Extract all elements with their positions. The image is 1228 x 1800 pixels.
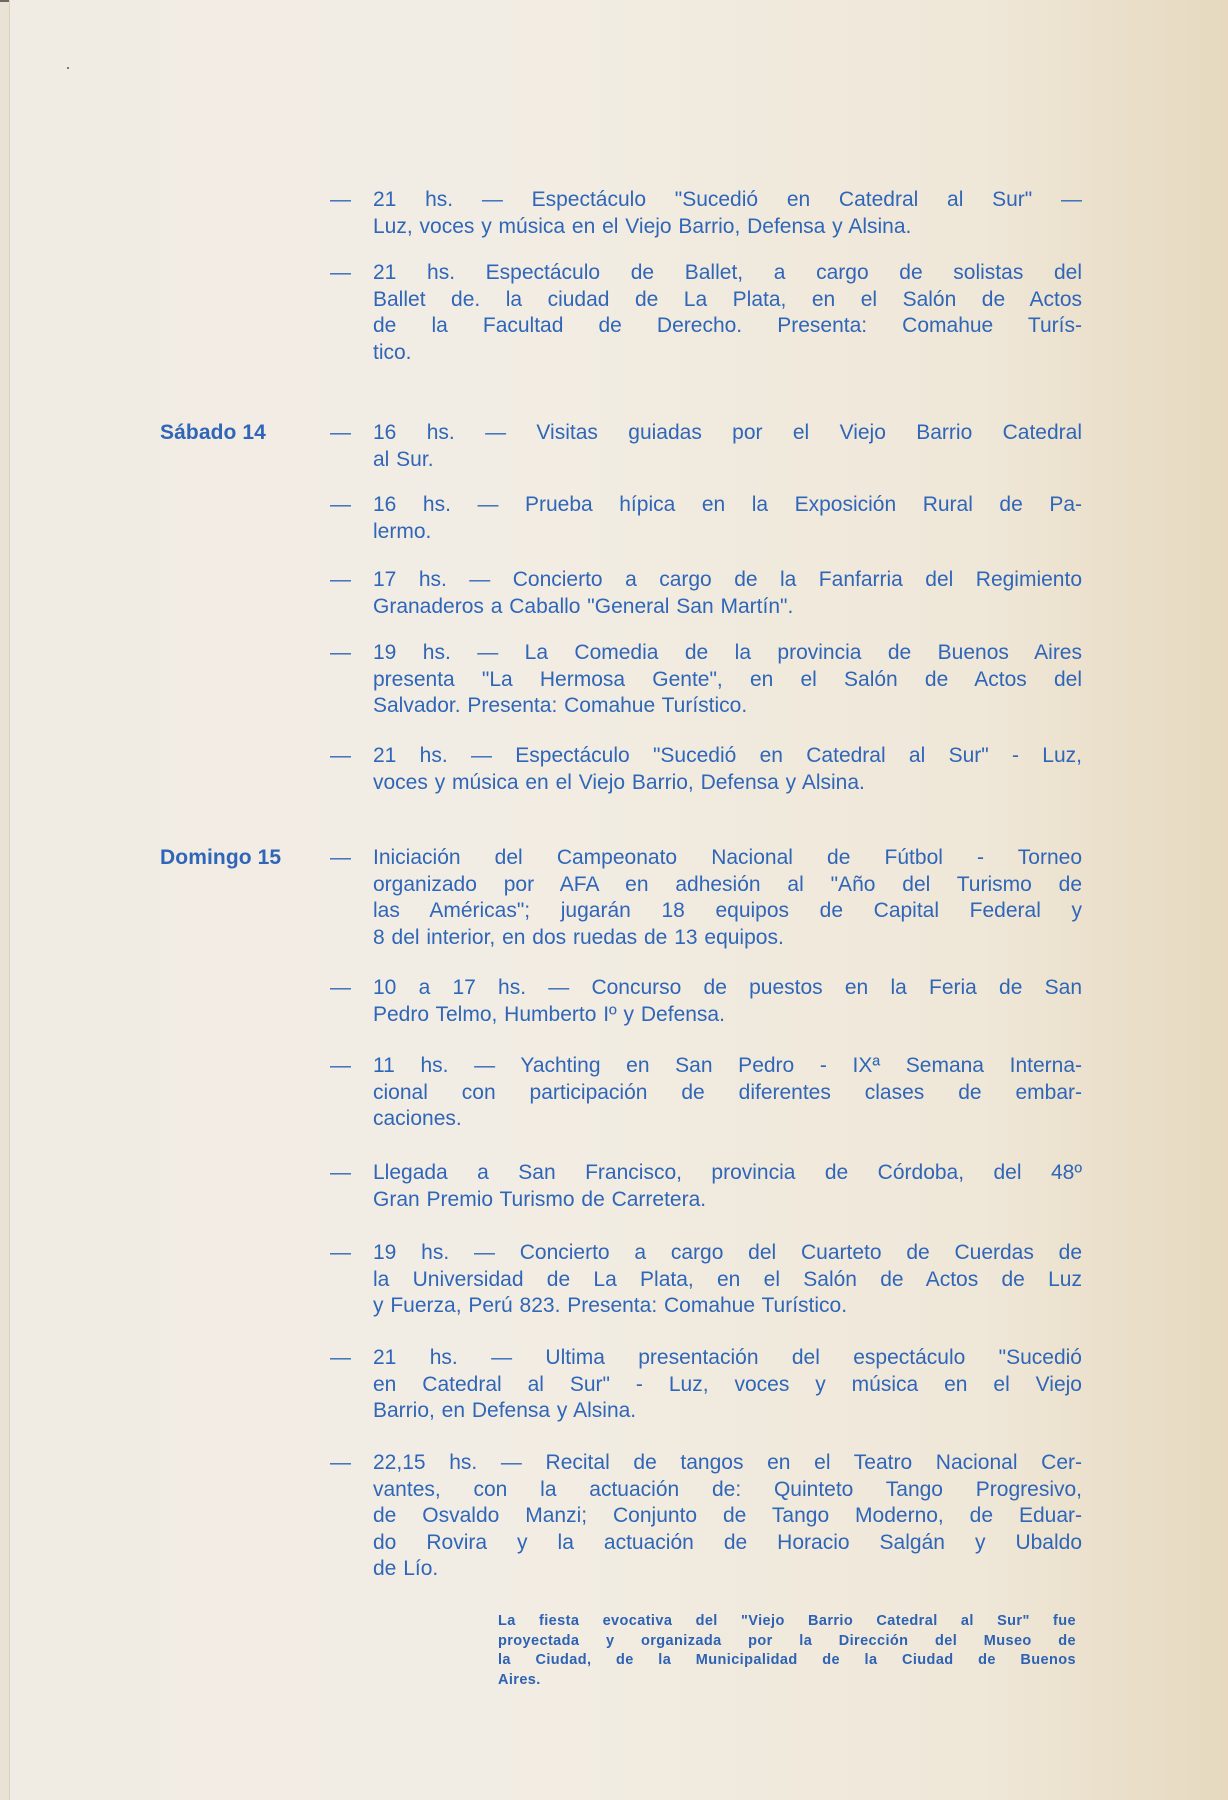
entry-line: de Lío. bbox=[373, 1556, 1082, 1583]
entry-line: Ballet de. la ciudad de La Plata, en el … bbox=[373, 287, 1082, 314]
entry-text: 22,15 hs. — Recital de tangos en el Teat… bbox=[373, 1450, 1082, 1583]
entry-line: Llegada a San Francisco, provincia de Có… bbox=[373, 1160, 1082, 1187]
entry-line: de Osvaldo Manzi; Conjunto de Tango Mode… bbox=[373, 1503, 1082, 1530]
bullet-dash: — bbox=[330, 567, 364, 594]
schedule-entry: —16 hs. — Visitas guiadas por el Viejo B… bbox=[330, 420, 1082, 473]
entry-line: do Rovira y la actuación de Horacio Salg… bbox=[373, 1530, 1082, 1557]
entry-line: la Universidad de La Plata, en el Salón … bbox=[373, 1267, 1082, 1294]
entry-text: 19 hs. — La Comedia de la provincia de B… bbox=[373, 640, 1082, 720]
entry-line: 19 hs. — La Comedia de la provincia de B… bbox=[373, 640, 1082, 667]
entry-line: 11 hs. — Yachting en San Pedro - IXª Sem… bbox=[373, 1053, 1082, 1080]
entry-text: 21 hs. — Espectáculo "Sucedió en Catedra… bbox=[373, 187, 1082, 240]
schedule-entry: —22,15 hs. — Recital de tangos en el Tea… bbox=[330, 1450, 1082, 1583]
schedule-entry: —21 hs. Espectáculo de Ballet, a cargo d… bbox=[330, 260, 1082, 366]
entry-text: 17 hs. — Concierto a cargo de la Fanfarr… bbox=[373, 567, 1082, 620]
page-edge bbox=[0, 0, 10, 1800]
entry-line: voces y música en el Viejo Barrio, Defen… bbox=[373, 770, 1082, 797]
footnote-line: Aires. bbox=[498, 1671, 1076, 1691]
entry-text: 16 hs. — Prueba hípica en la Exposición … bbox=[373, 492, 1082, 545]
entry-line: 19 hs. — Concierto a cargo del Cuarteto … bbox=[373, 1240, 1082, 1267]
entry-text: Iniciación del Campeonato Nacional de Fú… bbox=[373, 845, 1082, 951]
entry-line: en Catedral al Sur" - Luz, voces y músic… bbox=[373, 1372, 1082, 1399]
entry-line: 16 hs. — Visitas guiadas por el Viejo Ba… bbox=[373, 420, 1082, 447]
entry-line: 21 hs. — Espectáculo "Sucedió en Catedra… bbox=[373, 187, 1082, 214]
bullet-dash: — bbox=[330, 1240, 364, 1267]
bullet-dash: — bbox=[330, 1053, 364, 1080]
entry-line: Gran Premio Turismo de Carretera. bbox=[373, 1187, 1082, 1214]
schedule-entry: —19 hs. — Concierto a cargo del Cuarteto… bbox=[330, 1240, 1082, 1320]
bullet-dash: — bbox=[330, 1450, 364, 1477]
entry-line: y Fuerza, Perú 823. Presenta: Comahue Tu… bbox=[373, 1293, 1082, 1320]
schedule-entry: —10 a 17 hs. — Concurso de puestos en la… bbox=[330, 975, 1082, 1028]
entry-line: Granaderos a Caballo "General San Martín… bbox=[373, 594, 1082, 621]
entry-text: 21 hs. Espectáculo de Ballet, a cargo de… bbox=[373, 260, 1082, 366]
footnote-line: La fiesta evocativa del "Viejo Barrio Ca… bbox=[498, 1612, 1076, 1632]
bullet-dash: — bbox=[330, 260, 364, 287]
schedule-entry: —19 hs. — La Comedia de la provincia de … bbox=[330, 640, 1082, 720]
day-heading: Domingo 15 bbox=[160, 845, 281, 872]
schedule-entry: —21 hs. — Espectáculo "Sucedió en Catedr… bbox=[330, 187, 1082, 240]
bullet-dash: — bbox=[330, 743, 364, 770]
entry-line: 21 hs. — Ultima presentación del espectá… bbox=[373, 1345, 1082, 1372]
bullet-dash: — bbox=[330, 1160, 364, 1187]
entry-line: Luz, voces y música en el Viejo Barrio, … bbox=[373, 214, 1082, 241]
schedule-entry: —21 hs. — Espectáculo "Sucedió en Catedr… bbox=[330, 743, 1082, 796]
entry-line: de la Facultad de Derecho. Presenta: Com… bbox=[373, 313, 1082, 340]
entry-text: Llegada a San Francisco, provincia de Có… bbox=[373, 1160, 1082, 1213]
entry-line: 10 a 17 hs. — Concurso de puestos en la … bbox=[373, 975, 1082, 1002]
entry-line: las Américas"; jugarán 18 equipos de Cap… bbox=[373, 898, 1082, 925]
bullet-dash: — bbox=[330, 1345, 364, 1372]
bullet-dash: — bbox=[330, 845, 364, 872]
entry-line: 17 hs. — Concierto a cargo de la Fanfarr… bbox=[373, 567, 1082, 594]
bullet-dash: — bbox=[330, 420, 364, 447]
schedule-entry: —Iniciación del Campeonato Nacional de F… bbox=[330, 845, 1082, 951]
schedule-entry: —21 hs. — Ultima presentación del espect… bbox=[330, 1345, 1082, 1425]
entry-text: 10 a 17 hs. — Concurso de puestos en la … bbox=[373, 975, 1082, 1028]
entry-text: 21 hs. — Ultima presentación del espectá… bbox=[373, 1345, 1082, 1425]
entry-line: lermo. bbox=[373, 519, 1082, 546]
entry-text: 21 hs. — Espectáculo "Sucedió en Catedra… bbox=[373, 743, 1082, 796]
entry-line: organizado por AFA en adhesión al "Año d… bbox=[373, 872, 1082, 899]
bullet-dash: — bbox=[330, 187, 364, 214]
entry-line: vantes, con la actuación de: Quinteto Ta… bbox=[373, 1477, 1082, 1504]
bullet-dash: — bbox=[330, 640, 364, 667]
entry-line: 8 del interior, en dos ruedas de 13 equi… bbox=[373, 925, 1082, 952]
schedule-entry: —11 hs. — Yachting en San Pedro - IXª Se… bbox=[330, 1053, 1082, 1133]
entry-line: caciones. bbox=[373, 1106, 1082, 1133]
schedule-entry: —16 hs. — Prueba hípica en la Exposición… bbox=[330, 492, 1082, 545]
schedule-entry: —Llegada a San Francisco, provincia de C… bbox=[330, 1160, 1082, 1213]
entry-line: 16 hs. — Prueba hípica en la Exposición … bbox=[373, 492, 1082, 519]
footnote-line: la Ciudad, de la Municipalidad de la Ciu… bbox=[498, 1651, 1076, 1671]
bullet-dash: — bbox=[330, 975, 364, 1002]
paper-speck bbox=[67, 67, 69, 69]
entry-line: Barrio, en Defensa y Alsina. bbox=[373, 1398, 1082, 1425]
entry-text: 19 hs. — Concierto a cargo del Cuarteto … bbox=[373, 1240, 1082, 1320]
entry-line: cional con participación de diferentes c… bbox=[373, 1080, 1082, 1107]
entry-text: 16 hs. — Visitas guiadas por el Viejo Ba… bbox=[373, 420, 1082, 473]
entry-line: Pedro Telmo, Humberto Iº y Defensa. bbox=[373, 1002, 1082, 1029]
entry-line: 21 hs. Espectáculo de Ballet, a cargo de… bbox=[373, 260, 1082, 287]
entry-line: 21 hs. — Espectáculo "Sucedió en Catedra… bbox=[373, 743, 1082, 770]
bullet-dash: — bbox=[330, 492, 364, 519]
entry-line: 22,15 hs. — Recital de tangos en el Teat… bbox=[373, 1450, 1082, 1477]
schedule-entry: —17 hs. — Concierto a cargo de la Fanfar… bbox=[330, 567, 1082, 620]
day-heading: Sábado 14 bbox=[160, 420, 266, 447]
entry-line: tico. bbox=[373, 340, 1082, 367]
footnote: La fiesta evocativa del "Viejo Barrio Ca… bbox=[498, 1612, 1076, 1690]
footnote-line: proyectada y organizada por la Dirección… bbox=[498, 1632, 1076, 1652]
entry-text: 11 hs. — Yachting en San Pedro - IXª Sem… bbox=[373, 1053, 1082, 1133]
entry-line: Iniciación del Campeonato Nacional de Fú… bbox=[373, 845, 1082, 872]
entry-line: presenta "La Hermosa Gente", en el Salón… bbox=[373, 667, 1082, 694]
entry-line: al Sur. bbox=[373, 447, 1082, 474]
entry-line: Salvador. Presenta: Comahue Turístico. bbox=[373, 693, 1082, 720]
